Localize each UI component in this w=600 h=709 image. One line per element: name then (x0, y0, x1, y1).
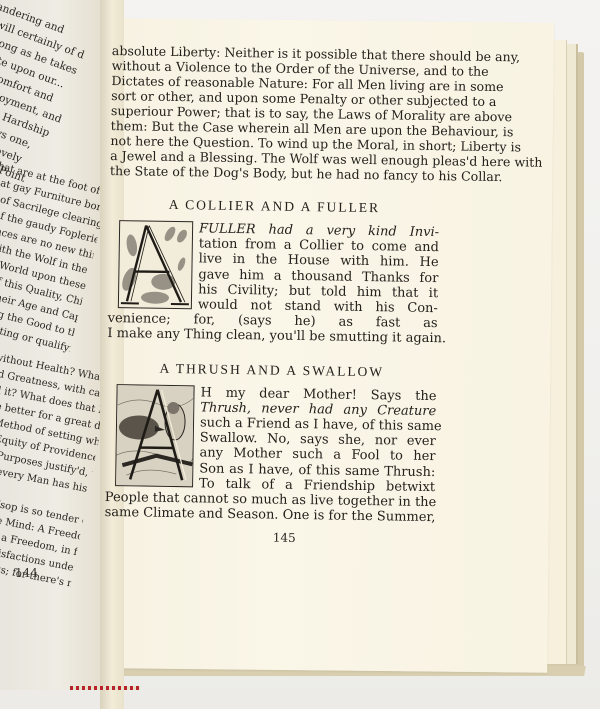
fable-title: A Collier and a Fuller (109, 196, 439, 217)
intro-paragraph: absolute Liberty: Neither is it possible… (110, 43, 442, 183)
drop-cap-a-leaves-icon (118, 220, 193, 309)
drop-cap-a-birds-icon (115, 384, 195, 487)
binding-stitching (70, 686, 140, 690)
fable-collier-and-fuller: A Collier and a Fuller FULLER had a very… (107, 196, 439, 347)
fable-thrush-and-swallow: A Thrush and a Swallow H my dear Mother!… (105, 360, 437, 526)
right-page-content: absolute Liberty: Neither is it possible… (104, 43, 442, 548)
left-page-number: 144 (15, 566, 38, 580)
fable-title: A Thrush and a Swallow (107, 360, 437, 381)
